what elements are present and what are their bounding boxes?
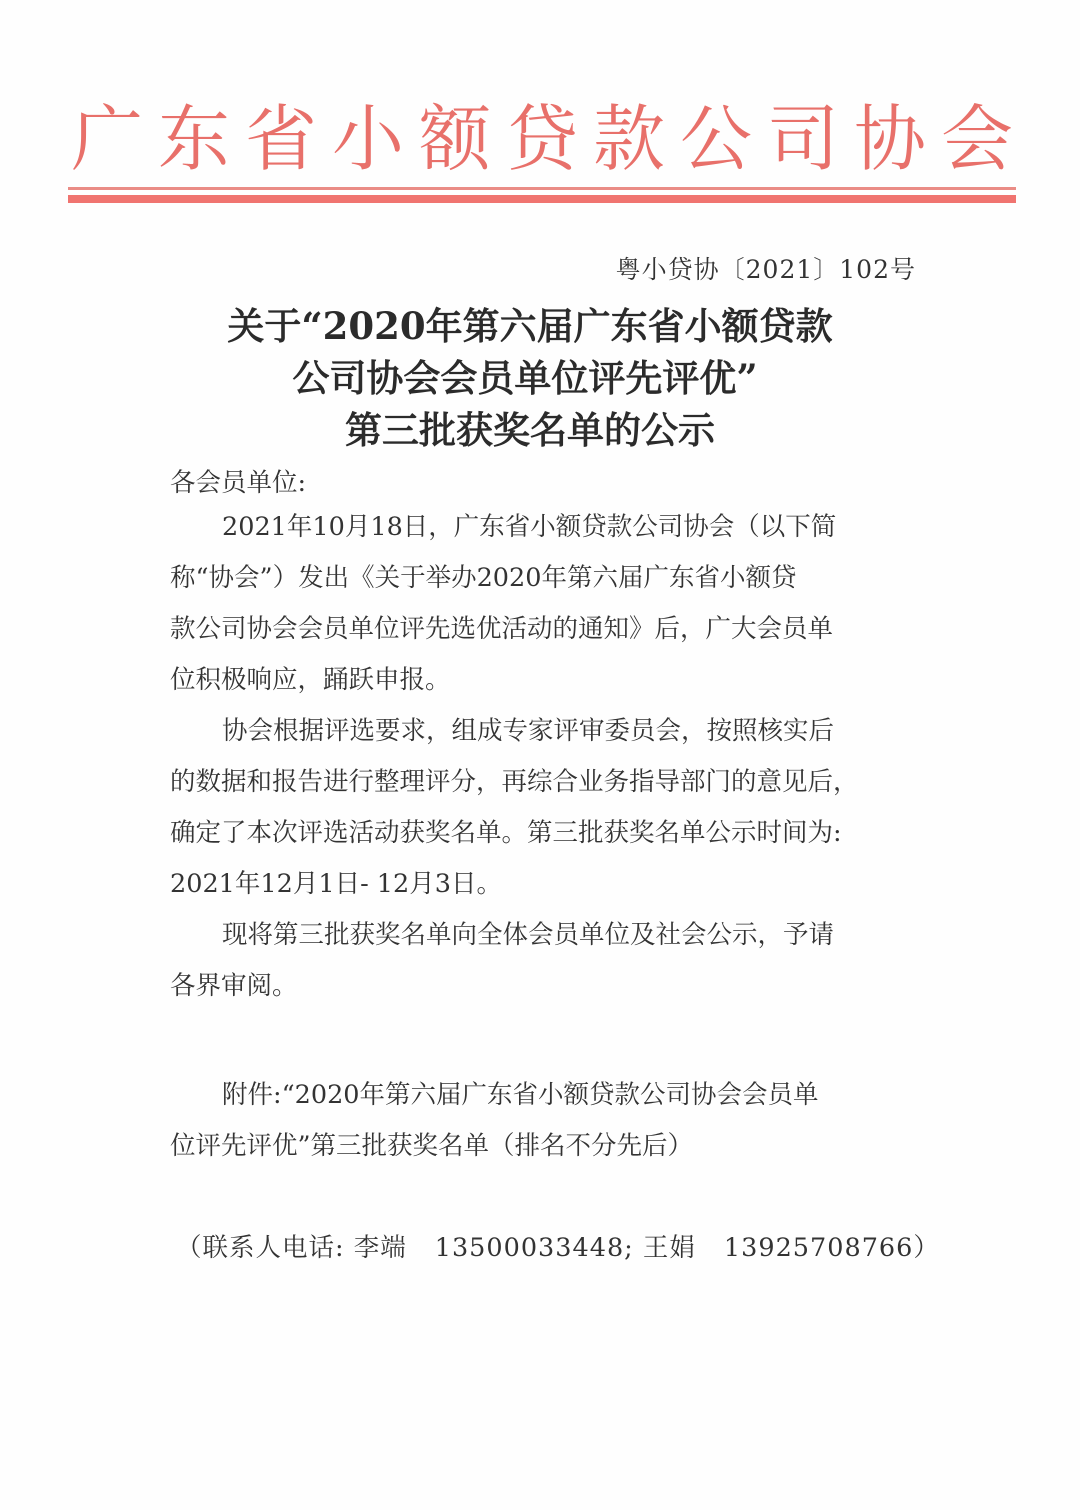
- paragraph-line: 协会根据评选要求，组成专家评审委员会，按照核实后: [170, 706, 920, 757]
- masthead-org-name: 广 东 省 小 额 贷 款 公 司 协 会: [68, 88, 1016, 178]
- title-line: 第三批获奖名单的公示: [0, 404, 1080, 456]
- paragraph-line: 位积极响应，踊跃申报。: [170, 655, 920, 706]
- masthead-char: 额: [416, 81, 494, 185]
- paragraph-2: 协会根据评选要求，组成专家评审委员会，按照核实后 的数据和报告进行整理评分，再综…: [170, 706, 920, 910]
- paragraph-line: 称“协会”）发出《关于举办2020年第六届广东省小额贷: [170, 553, 920, 604]
- contact-person-1-phone: 13500033448;: [435, 1233, 634, 1263]
- contact-info: （联系人电话: 李端13500033448; 王娟13925708766）: [176, 1228, 940, 1264]
- masthead-divider-thin: [68, 187, 1016, 190]
- masthead-char: 公: [677, 81, 755, 185]
- document-page: 广 东 省 小 额 贷 款 公 司 协 会 粤小贷协〔2021〕102号 关于“…: [0, 0, 1080, 1510]
- paragraph-line: 的数据和报告进行整理评分，再综合业务指导部门的意见后，: [170, 757, 920, 808]
- masthead-char: 贷: [503, 81, 581, 185]
- contact-person-2-name: 王娟: [643, 1233, 696, 1263]
- masthead-char: 广: [68, 81, 146, 185]
- masthead-char: 司: [764, 81, 842, 185]
- document-number: 粤小贷协〔2021〕102号: [616, 250, 916, 286]
- masthead-char: 省: [242, 81, 320, 185]
- paragraph-line: 2021年10月18日，广东省小额贷款公司协会（以下简: [170, 502, 920, 553]
- contact-person-1-name: 李端: [354, 1233, 407, 1263]
- paragraph-line: 各界审阅。: [170, 961, 920, 1012]
- masthead-char: 小: [329, 81, 407, 185]
- masthead-divider-thick: [68, 195, 1016, 203]
- document-title: 关于“2020年第六届广东省小额贷款 公司协会会员单位评先评优” 第三批获奖名单…: [0, 300, 1080, 456]
- masthead-char: 款: [590, 81, 668, 185]
- paragraph-1: 2021年10月18日，广东省小额贷款公司协会（以下简 称“协会”）发出《关于举…: [170, 502, 920, 706]
- paragraph-line: 款公司协会会员单位评先选优活动的通知》后，广大会员单: [170, 604, 920, 655]
- paragraph-line: 现将第三批获奖名单向全体会员单位及社会公示，予请: [170, 910, 920, 961]
- paragraph-line: 确定了本次评选活动获奖名单。第三批获奖名单公示时间为:: [170, 808, 920, 859]
- paragraph-line: 2021年12月1日- 12月3日。: [170, 859, 920, 910]
- masthead-char: 会: [938, 81, 1016, 185]
- title-line: 关于“2020年第六届广东省小额贷款: [0, 300, 1080, 352]
- masthead-char: 东: [155, 81, 233, 185]
- attachment-line: 附件:“2020年第六届广东省小额贷款公司协会会员单: [170, 1070, 920, 1121]
- attachment-note: 附件:“2020年第六届广东省小额贷款公司协会会员单 位评先评优”第三批获奖名单…: [170, 1070, 920, 1172]
- attachment-line: 位评先评优”第三批获奖名单（排名不分先后）: [170, 1121, 920, 1172]
- masthead-char: 协: [851, 81, 929, 185]
- contact-prefix: （联系人电话:: [176, 1233, 354, 1263]
- paragraph-3: 现将第三批获奖名单向全体会员单位及社会公示，予请 各界审阅。: [170, 910, 920, 1012]
- title-line: 公司协会会员单位评先评优”: [0, 352, 1080, 404]
- contact-person-2-phone: 13925708766）: [724, 1233, 940, 1263]
